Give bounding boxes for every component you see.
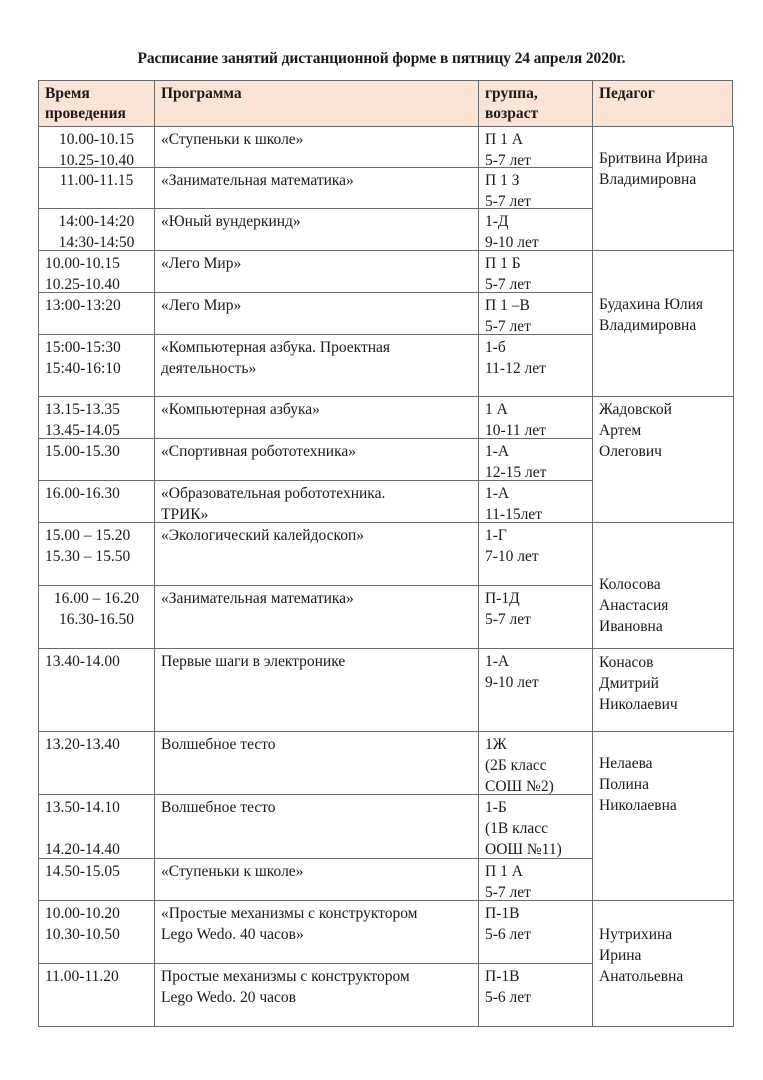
header-program: Программа (154, 80, 479, 127)
cell-group: П-1Д 5-7 лет (478, 585, 593, 649)
cell-group: П 1 А 5-7 лет (478, 858, 593, 901)
cell-teacher: Будахина Юлия Владимировна (592, 250, 734, 397)
cell-program: «Лего Мир» (154, 292, 479, 335)
cell-group: 1-А 11-15лет (478, 480, 593, 523)
cell-program: «Простые механизмы с конструктором Lego … (154, 900, 479, 964)
cell-teacher: Нелаева Полина Николаевна (592, 731, 734, 901)
document-title: Расписание занятий дистанционной форме в… (0, 50, 763, 68)
cell-program: Первые шаги в электронике (154, 648, 479, 732)
cell-time: 10.00-10.15 10.25-10.40 (38, 250, 155, 293)
cell-program: «Ступеньки к школе» (154, 126, 479, 168)
teacher-name: Конасов Дмитрий Николаевич (599, 652, 729, 715)
cell-program: Простые механизмы с конструктором Lego W… (154, 963, 479, 1027)
cell-time: 16.00-16.30 (38, 480, 155, 523)
cell-time: 15.00 – 15.20 15.30 – 15.50 (38, 522, 155, 586)
cell-program: «Компьютерная азбука. Проектная деятельн… (154, 334, 479, 397)
cell-group: П 1 –В 5-7 лет (478, 292, 593, 335)
cell-group: 1-Б (1В класс ООШ №11) (478, 794, 593, 859)
cell-program: «Компьютерная азбука» (154, 396, 479, 439)
cell-time: 13:00-13:20 (38, 292, 155, 335)
cell-time: 10.00-10.15 10.25-10.40 (38, 126, 155, 168)
cell-teacher: Конасов Дмитрий Николаевич (592, 648, 734, 732)
header-group: группа, возраст (478, 80, 593, 127)
cell-program: «Занимательная математика» (154, 167, 479, 209)
teacher-name: Будахина Юлия Владимировна (599, 294, 729, 336)
cell-group: 1-Д 9-10 лет (478, 208, 593, 251)
cell-group: П 1 З 5-7 лет (478, 167, 593, 209)
teacher-name: Нелаева Полина Николаевна (599, 753, 729, 816)
cell-time: 13.20-13.40 (38, 731, 155, 795)
cell-group: 1-А 12-15 лет (478, 438, 593, 481)
header-teacher: Педагог (592, 80, 733, 127)
cell-program: «Ступеньки к школе» (154, 858, 479, 901)
cell-group: 1-А 9-10 лет (478, 648, 593, 732)
cell-program: Волшебное тесто (154, 731, 479, 795)
cell-group: П-1В 5-6 лет (478, 963, 593, 1027)
cell-program: «Юный вундеркинд» (154, 208, 479, 251)
cell-program: «Экологический калейдоскоп» (154, 522, 479, 586)
cell-time: 15.00-15.30 (38, 438, 155, 481)
cell-group: 1Ж (2Б класс СОШ №2) (478, 731, 593, 795)
cell-time: 14.50-15.05 (38, 858, 155, 901)
teacher-name: Нутрихина Ирина Анатольевна (599, 924, 729, 987)
cell-program: Волшебное тесто (154, 794, 479, 859)
schedule-table: Время проведения Программа группа, возра… (38, 80, 733, 1026)
cell-program: «Спортивная робототехника» (154, 438, 479, 481)
cell-time: 11.00-11.15 (38, 167, 155, 209)
cell-group: П 1 Б 5-7 лет (478, 250, 593, 293)
cell-teacher: Нутрихина Ирина Анатольевна (592, 900, 734, 1027)
teacher-name: Жадовской Артем Олегович (599, 399, 729, 462)
teacher-name: Бритвина Ирина Владимировна (599, 148, 729, 190)
header-time: Время проведения (38, 80, 155, 127)
cell-time: 13.40-14.00 (38, 648, 155, 732)
cell-teacher: Колосова Анастасия Ивановна (592, 522, 734, 649)
cell-time: 14:00-14:20 14:30-14:50 (38, 208, 155, 251)
cell-time: 16.00 – 16.20 16.30-16.50 (38, 585, 155, 649)
cell-time: 15:00-15:30 15:40-16:10 (38, 334, 155, 397)
cell-program: «Лего Мир» (154, 250, 479, 293)
cell-group: 1-б 11-12 лет (478, 334, 593, 397)
cell-time: 13.50-14.10 14.20-14.40 (38, 794, 155, 859)
teacher-name: Колосова Анастасия Ивановна (599, 574, 729, 637)
cell-program: «Образовательная робототехника. ТРИК» (154, 480, 479, 523)
cell-time: 10.00-10.20 10.30-10.50 (38, 900, 155, 964)
cell-time: 11.00-11.20 (38, 963, 155, 1027)
cell-group: 1-Г 7-10 лет (478, 522, 593, 586)
cell-teacher: Бритвина Ирина Владимировна (592, 126, 734, 251)
cell-teacher: Жадовской Артем Олегович (592, 396, 734, 523)
cell-group: П-1В 5-6 лет (478, 900, 593, 964)
cell-time: 13.15-13.35 13.45-14.05 (38, 396, 155, 439)
cell-group: П 1 А 5-7 лет (478, 126, 593, 168)
cell-group: 1 А 10-11 лет (478, 396, 593, 439)
cell-program: «Занимательная математика» (154, 585, 479, 649)
